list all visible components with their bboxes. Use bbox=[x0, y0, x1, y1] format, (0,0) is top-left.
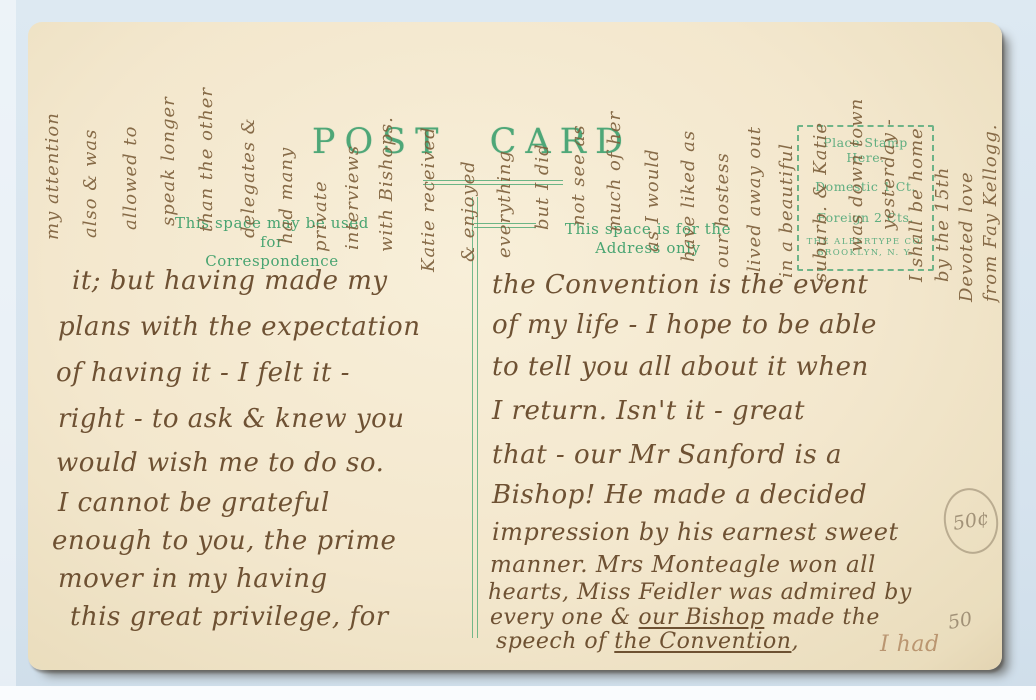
postcard-scan: POST CARD This space may be used for Cor… bbox=[0, 0, 1036, 700]
pencil-marks-layer: 50¢50 bbox=[0, 0, 1036, 700]
pencil-price-mark: 50 bbox=[946, 608, 974, 634]
pencil-price-mark: 50¢ bbox=[939, 484, 1004, 558]
